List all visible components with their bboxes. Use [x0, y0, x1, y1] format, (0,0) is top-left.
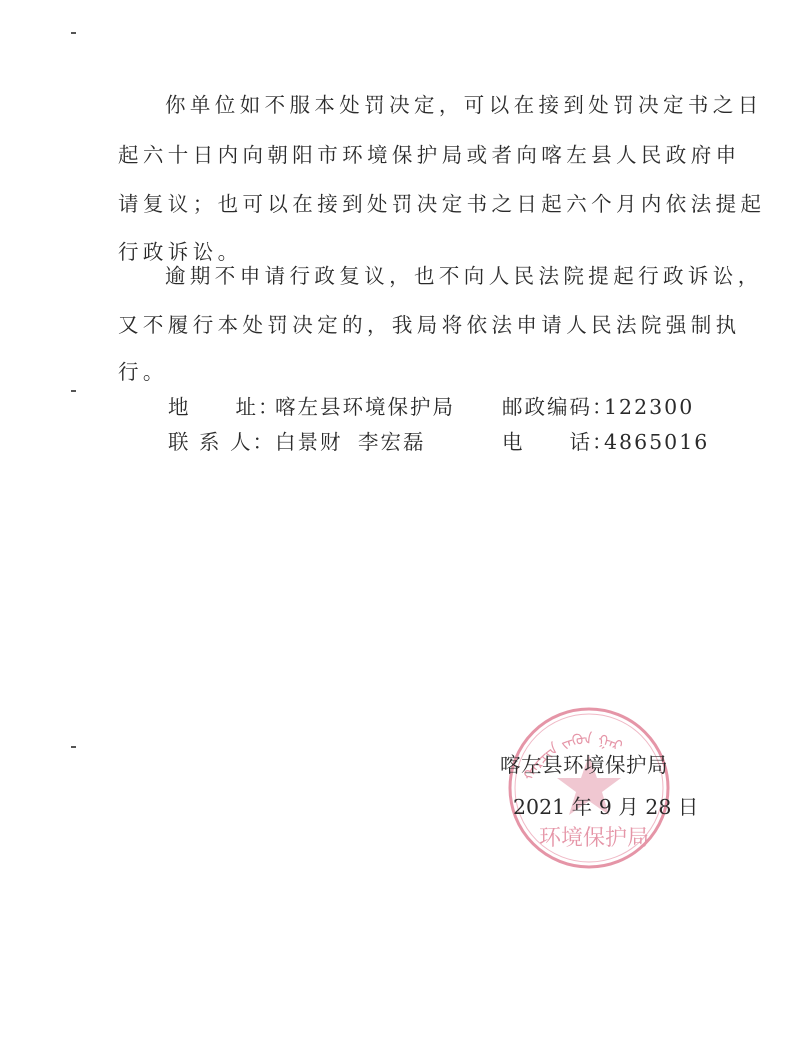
binding-margin-mark	[71, 746, 76, 748]
text-line: 又不履行本处罚决定的，我局将依法申请人民法院强制执	[118, 311, 698, 339]
postcode-value: 122300	[604, 393, 694, 421]
postcode-label: 邮政编码：	[502, 393, 615, 421]
phone-value: 4865016	[604, 428, 709, 456]
text-line: 逾期不申请行政复议，也不向人民法院提起行政诉讼，	[165, 262, 745, 290]
phone-label: 电 话：	[502, 428, 615, 456]
official-seal-stamp: ᠬᠠᠷᠴᠢᠨ ᠵᠡᠭᠦᠨ ᠭᠠᠷ 环境保护局	[506, 705, 672, 871]
address-label: 地 址：	[168, 393, 281, 421]
document-page: 你单位如不服本处罚决定，可以在接到处罚决定书之日 起六十日内向朝阳市环境保护局或…	[0, 0, 800, 1042]
text-line: 起六十日内向朝阳市环境保护局或者向喀左县人民政府申	[118, 141, 698, 169]
binding-margin-mark	[71, 32, 76, 34]
issue-date: 2021 年 9 月 28 日	[513, 793, 698, 821]
text-line: 请复议；也可以在接到处罚决定书之日起六个月内依法提起	[118, 190, 698, 218]
contact-person-1: 白景财	[275, 428, 343, 456]
issuing-organization: 喀左县环境保护局	[500, 751, 668, 779]
contact-person-2: 李宏磊	[358, 428, 426, 456]
text-line: 行。	[118, 358, 698, 386]
text-line: 你单位如不服本处罚决定，可以在接到处罚决定书之日	[165, 91, 745, 119]
contact-person-label: 联 系 人：	[168, 428, 275, 456]
binding-margin-mark	[71, 390, 76, 392]
address-value: 喀左县环境保护局	[275, 393, 455, 421]
stamp-bottom-text: 环境保护局	[539, 826, 649, 851]
